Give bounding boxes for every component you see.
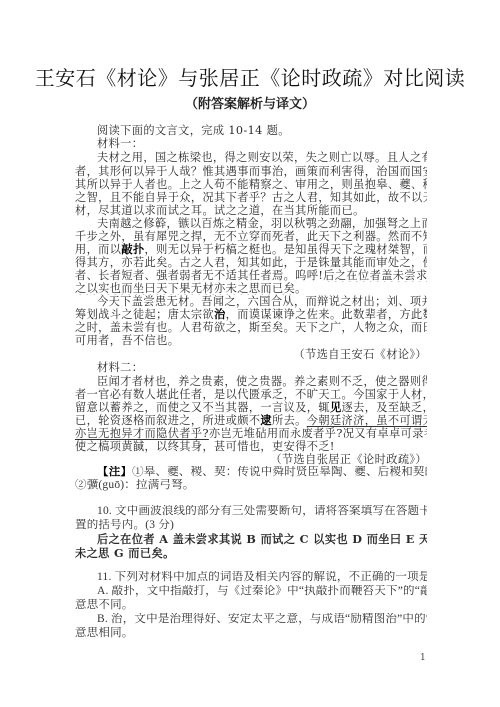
material1-line: 材，尽其道以求而试之耳。试之之道，在当其所能而已。 [75, 204, 427, 217]
material1-line: 今天下盖尝患无材。吾闻之，六国合从，而辩说之材出；刘、项并世，而 [97, 295, 427, 308]
question-10-passage: 后之在位者 A 盖未尝求其说 B 而试之 C 以实也 D 而坐曰 E 天下果无材… [97, 533, 427, 546]
text-fragment: 已，轮资逐格而叙进之，所进或颇不 [75, 414, 260, 427]
text-fragment: 用，而以 [75, 243, 121, 256]
question-10-passage: 未之思 G 而已矣。 [75, 547, 427, 560]
text-fragment: ，则无以异于朽槁之梃也。是知虽得天下之瑰材桀智，而用之不 [145, 243, 427, 256]
material1-line: 夫材之用，国之栋梁也，得之则安以荣，失之则亡以辱。且人之有材能 [97, 151, 427, 164]
material1-line: 之时，盖未尝有也。人君苟欲之，斯至矣。天下之广，人物之众，而曰果无材 [75, 321, 427, 334]
document-page: 王安石《材论》与张居正《论时政疏》对比阅读 （附答案解析与译文） 阅读下面的文言… [0, 0, 500, 707]
notes-line: 【注】①皋、夔、稷、契：传说中舜时贤臣皋陶、夔、后稷和契的并称。 [97, 466, 427, 479]
question-11-text: 11. 下列对材料中加点的词语及相关内容的解说，不正确的一项是(3 分) [97, 571, 427, 584]
notes-label: 【注】 [97, 466, 132, 478]
material2-line: 使之槁项黄馘，以终其身，甚可惜也，吏安得不乏! [75, 440, 427, 453]
page-number: 1 [420, 653, 426, 663]
dotted-word-zhi: 治 [214, 308, 226, 321]
material1-line: 其所以异于人者也。上之人苟不能精察之、审用之，则虽抱皋、夔、稷、契① [75, 178, 427, 191]
material1-line: 筹划战斗之徒起；唐太宗欲治，而谟谋谏诤之佐来。此数辈者，方此数君未出 [75, 308, 427, 321]
text-fragment: 逐去，及至缺乏，又不得 [342, 401, 427, 414]
dotted-word-jian: 见 [330, 401, 342, 414]
material2-source: （节选自张居正《论时政疏》） [75, 453, 427, 466]
material2-line: 已，轮资逐格而叙进之，所进或颇不逮所去。今朝廷济济，虽不可谓无人，然 [75, 414, 427, 427]
document-title: 王安石《材论》与张居正《论时政疏》对比阅读 [0, 62, 500, 91]
material2-line: 亦岂无抱异才而隐伏者乎?亦岂无堆砧用而永废者乎?况又有卓卓可录者，而皆 [75, 427, 427, 440]
text-fragment: 留意以蓄养之，而使之又不当其器，一言议及，辄 [75, 401, 330, 414]
wavy-underline-passage: 后之在位者盖未尝求其说而试 [323, 269, 427, 282]
dotted-word-dai: 逮 [260, 414, 272, 427]
question-10-text: 10. 文中画波浪线的部分有三处需要断句，请将答案填写在答题卡上相应位 [97, 505, 427, 518]
question-11-option-b: 意思相同。 [75, 627, 427, 640]
note-2: ②彍(guō)：拉满弓弩。 [75, 479, 427, 492]
material1-line: 用，而以敲扑，则无以异于朽槁之梃也。是知虽得天下之瑰材桀智，而用之不 [75, 243, 427, 256]
material1-source: （节选自王安石《材论》） [75, 348, 427, 361]
material1-label: 材料一： [97, 137, 427, 150]
underlined-passage: 今朝廷济济，虽不可谓无人，然 [307, 414, 427, 427]
wavy-underline-passage: 之以实也而坐曰天下果无材亦未之思而已矣 [75, 282, 295, 295]
material1-line: 者、长者短者、强者弱者无不适其任者焉。呜呼!后之在位者盖未尝求其说而试 [75, 269, 427, 282]
material1-line: 千步之外，虽有犀兕之捍，无不立穿而死者，此天下之利器。然而不知其所宜 [75, 230, 427, 243]
text-fragment: 所去。 [272, 414, 307, 427]
underlined-passage: 亦岂无抱异才而隐伏者乎? [75, 427, 209, 440]
text-fragment: 者、长者短者、强者弱者无不适其任者焉。呜呼! [75, 269, 323, 282]
question-11-option-b: B. 治，文中是治理得好、安定太平之意，与成语“励精图治”中的“治” [97, 613, 427, 626]
material1-line: 得其方，亦若此矣。古之人君，知其如此，于是铢量其能而审处之，使大者小 [75, 256, 427, 269]
document-subtitle: （附答案解析与译文） [0, 93, 500, 112]
question-11-option-a: A. 敲扑，文中指敲打，与《过秦论》中“执敲扑而鞭笞天下”的“敲扑” [97, 585, 427, 598]
material2-label: 材料二： [97, 361, 427, 374]
note-1: ①皋、夔、稷、契：传说中舜时贤臣皋陶、夔、后稷和契的并称。 [132, 466, 427, 478]
text-fragment: ，而谟谋谏诤之佐来。此数辈者，方此数君未出 [226, 308, 427, 321]
material1-line: 夫南越之修簳，镞以百炼之精金，羽以秋鹗之劲翮，加强弩之上而彍②之 [97, 217, 427, 230]
material1-line: 者，其形何以异于人哉？惟其遇事而事治，画策而利害得，治国而国安利，此 [75, 165, 427, 178]
dotted-word-qiaopu: 敲扑 [121, 243, 144, 256]
material2-line: 者一官必有数人堪此任者，是以代匮承乏，不旷天工。今国家于人材，素未尝 [75, 388, 427, 401]
question-10-text: 置的括号内。(3 分) [75, 519, 427, 532]
text-fragment: 亦岂无堆砧用而永废者乎?况又有卓卓可录者，而皆 [209, 427, 427, 440]
question-11-option-a: 意思不同。 [75, 599, 427, 612]
material2-line: 留意以蓄养之，而使之又不当其器，一言议及，辄见逐去，及至缺乏，又不得 [75, 401, 427, 414]
material1-line: 之智，且不能自异于众，况其下者乎？古之人君，知其如此，故不以天下为无 [75, 191, 427, 204]
material1-line: 之以实也而坐曰天下果无材亦未之思而已矣。 [75, 282, 427, 295]
material2-line: 臣闻才者材也，养之贵素，使之贵器。养之素则不乏，使之器则得宜。古 [97, 375, 427, 388]
text-fragment: 筹划战斗之徒起；唐太宗欲 [75, 308, 214, 321]
instruction-text: 阅读下面的文言文，完成 10-14 题。 [97, 124, 427, 137]
material1-line: 可用者，吾不信也。 [75, 334, 427, 347]
